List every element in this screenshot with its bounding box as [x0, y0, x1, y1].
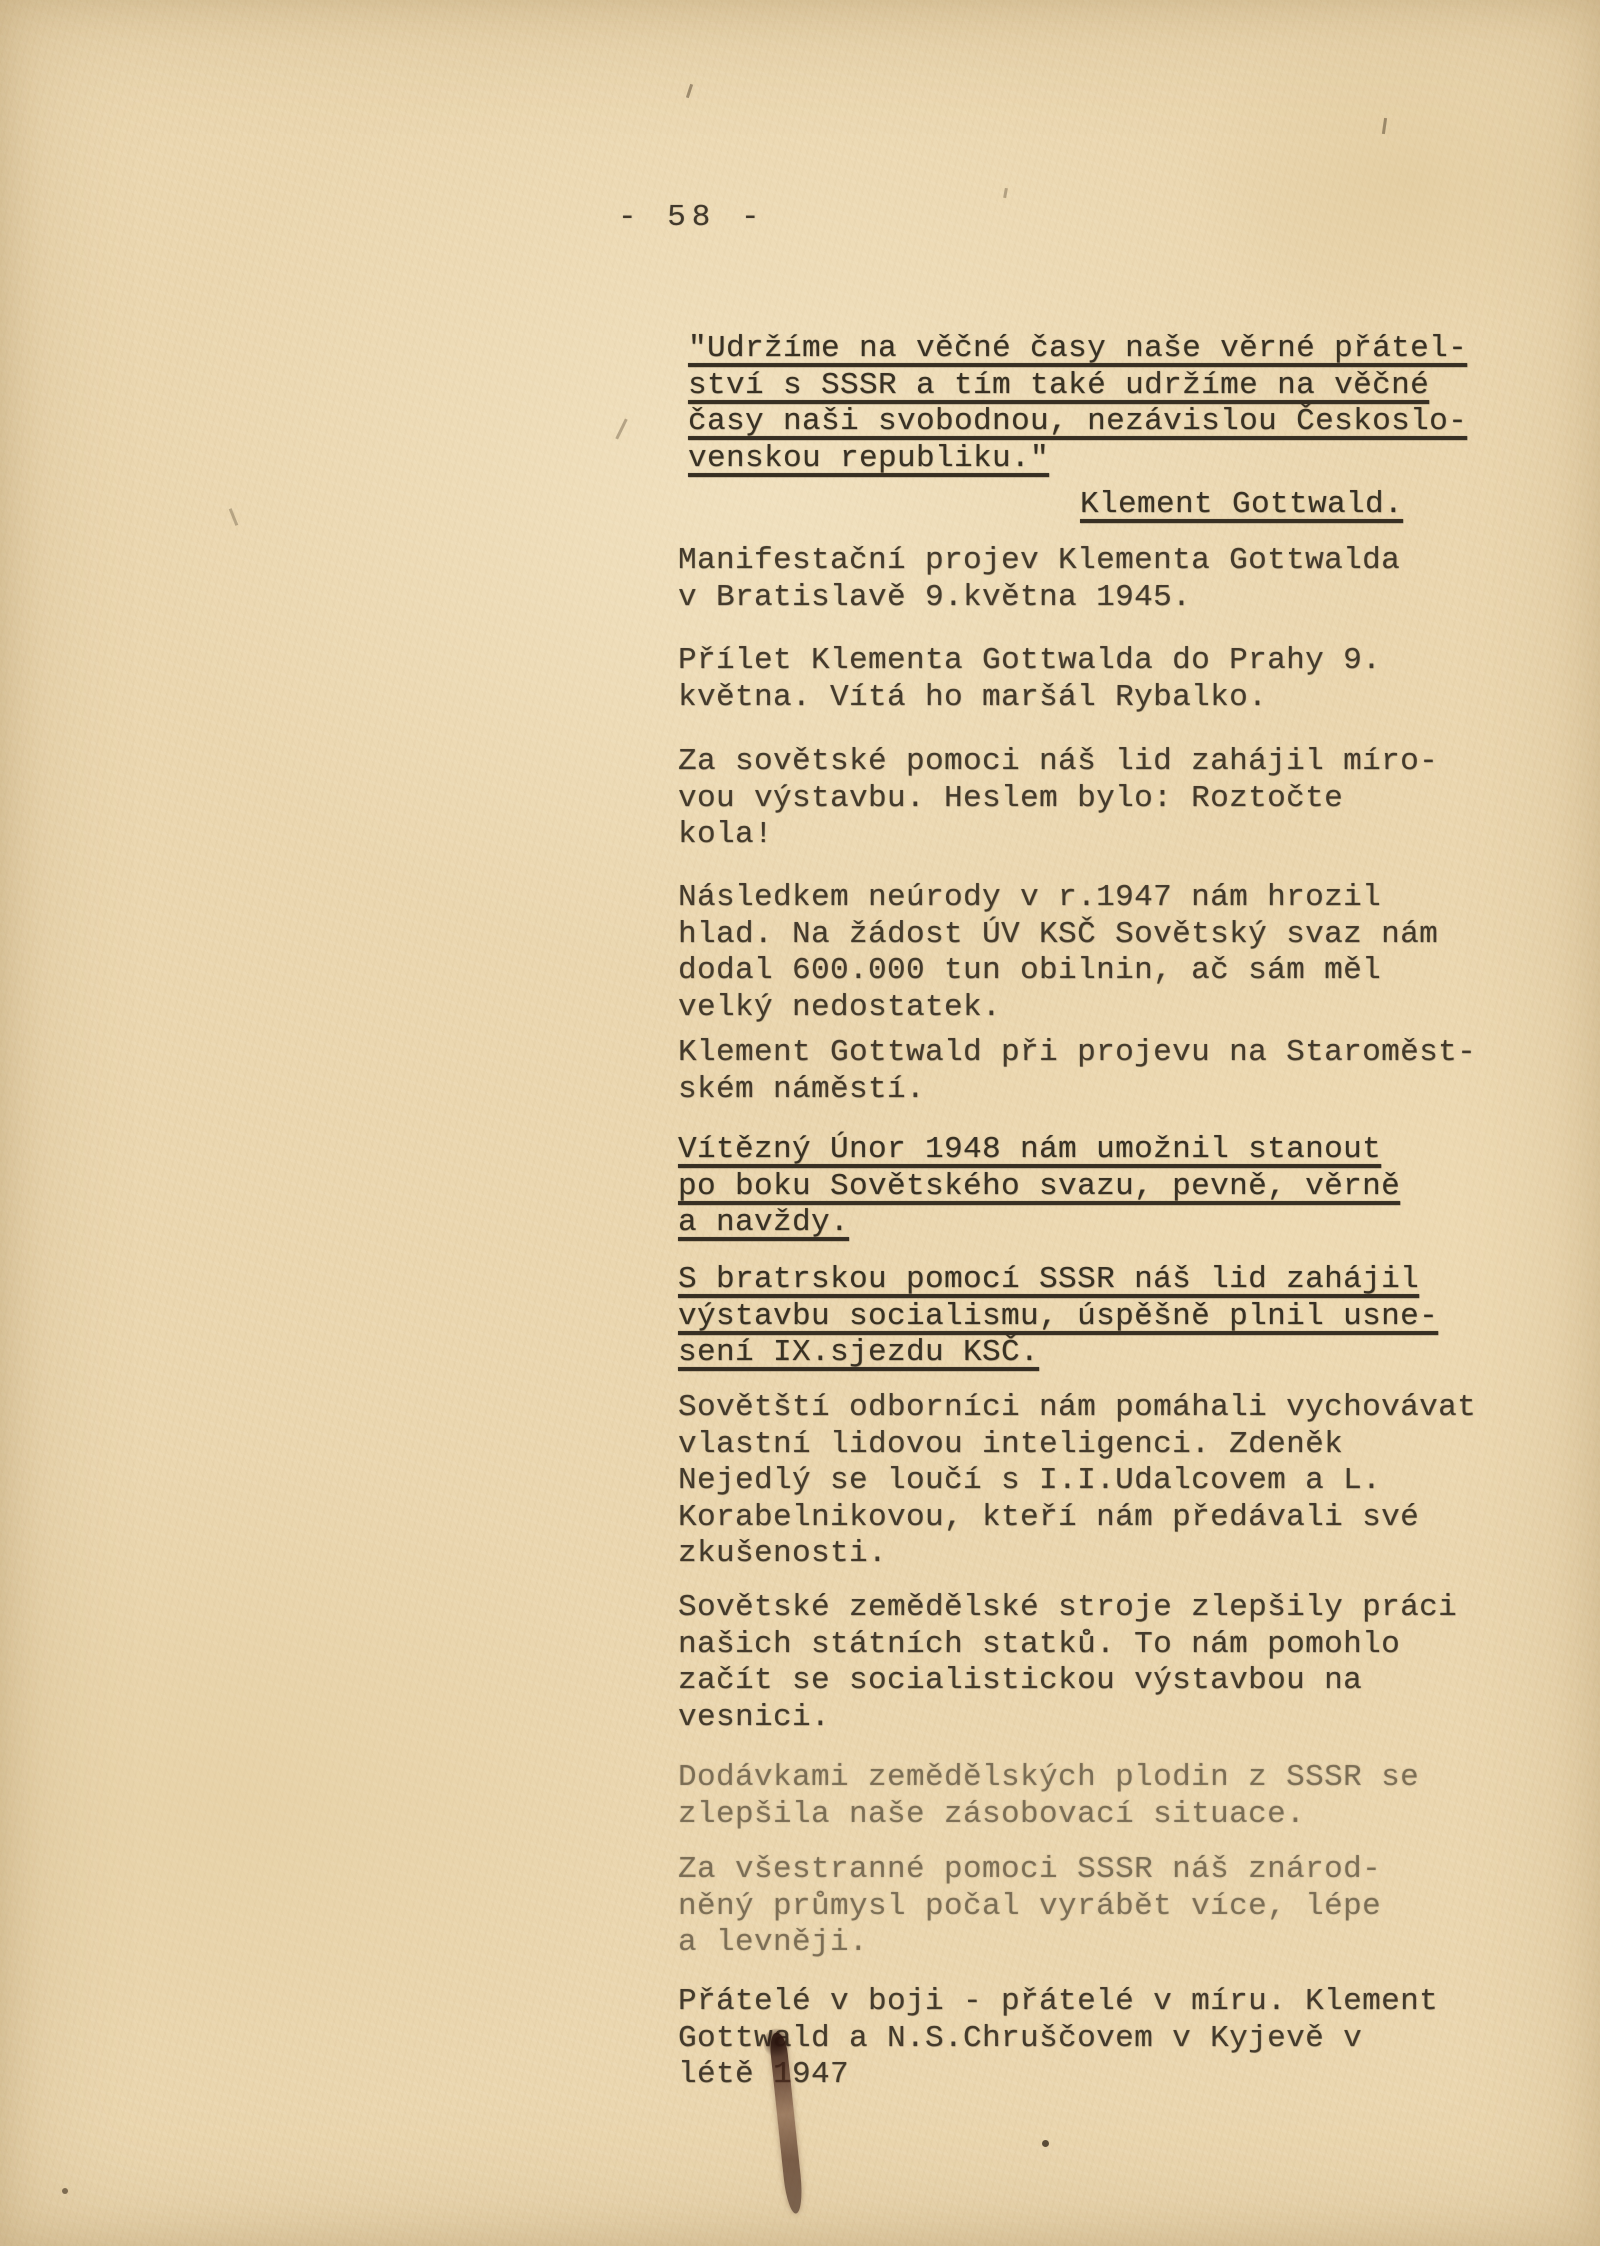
text-line-content: po boku Sovětského svazu, pevně, věrně: [678, 1169, 1400, 1204]
text-line: Za všestranné pomoci SSSR náš znárod-: [678, 1852, 1381, 1889]
paragraph-slogan-bratrska-pomoc: S bratrskou pomocí SSSR náš lid zahájilv…: [678, 1262, 1438, 1372]
text-line-content: a levněji.: [678, 1925, 868, 1960]
text-line-content: Korabelnikovou, kteří nám předávali své: [678, 1500, 1419, 1535]
text-line: S bratrskou pomocí SSSR náš lid zahájil: [678, 1262, 1438, 1299]
text-line: Přátelé v boji - přátelé v míru. Klement: [678, 1984, 1438, 2021]
paragraph-caption-vystavba: Za sovětské pomoci náš lid zahájil míro-…: [678, 744, 1438, 854]
text-line-content: zkušenosti.: [678, 1536, 887, 1571]
paragraph-caption-manifestacni: Manifestační projev Klementa Gottwaldav …: [678, 543, 1400, 616]
text-line-content: začít se socialistickou výstavbou na: [678, 1663, 1362, 1698]
paper-speck: [62, 2188, 68, 2194]
text-line: létě 1947: [678, 2057, 1438, 2094]
text-line: výstavbu socialismu, úspěšně plnil usne-: [678, 1299, 1438, 1336]
paper-speck: [615, 418, 627, 439]
paragraph-quote: "Udržíme na věčné časy naše věrné přátel…: [688, 331, 1467, 477]
text-line-content: dodal 600.000 tun obilnin, ač sám měl: [678, 953, 1381, 988]
paragraph-caption-projev: Klement Gottwald při projevu na Staroměs…: [678, 1035, 1476, 1108]
text-line-content: ství s SSSR a tím také udržíme na věčné: [688, 368, 1429, 403]
text-line: velký nedostatek.: [678, 990, 1438, 1027]
text-line: vesnici.: [678, 1700, 1457, 1737]
text-line-content: sení IX.sjezdu KSČ.: [678, 1335, 1039, 1370]
text-line: Klement Gottwald při projevu na Staroměs…: [678, 1035, 1476, 1072]
paper-speck: [686, 84, 693, 98]
text-line-content: Sovětští odborníci nám pomáhali vychováv…: [678, 1390, 1476, 1425]
text-line: Za sovětské pomoci náš lid zahájil míro-: [678, 744, 1438, 781]
text-line: Korabelnikovou, kteří nám předávali své: [678, 1500, 1476, 1537]
text-line-content: Sovětské zemědělské stroje zlepšily prác…: [678, 1590, 1457, 1625]
text-line: Nejedlý se loučí s I.I.Udalcovem a L.: [678, 1463, 1476, 1500]
text-line-content: vesnici.: [678, 1700, 830, 1735]
paper-speck: [1382, 118, 1387, 134]
paper-speck: [1042, 2140, 1049, 2147]
text-line: začít se socialistickou výstavbou na: [678, 1663, 1457, 1700]
text-line: Manifestační projev Klementa Gottwalda: [678, 543, 1400, 580]
text-line-content: výstavbu socialismu, úspěšně plnil usne-: [678, 1299, 1438, 1334]
typewritten-page: - 58 - "Udržíme na věčné časy naše věrné…: [0, 0, 1600, 2246]
text-line-content: Vítězný Únor 1948 nám umožnil stanout: [678, 1132, 1381, 1167]
text-line-content: hlad. Na žádost ÚV KSČ Sovětský svaz nám: [678, 917, 1438, 952]
text-line-content: Dodávkami zemědělských plodin z SSSR se: [678, 1760, 1419, 1795]
text-line: Dodávkami zemědělských plodin z SSSR se: [678, 1760, 1419, 1797]
text-line: zlepšila naše zásobovací situace.: [678, 1797, 1419, 1834]
text-line-content: kola!: [678, 817, 773, 852]
text-line: v Bratislavě 9.května 1945.: [678, 580, 1400, 617]
paper-speck: [229, 508, 239, 526]
text-line-content: Následkem neúrody v r.1947 nám hrozil: [678, 880, 1381, 915]
text-line: časy naši svobodnou, nezávislou Českoslo…: [688, 404, 1467, 441]
text-line: května. Vítá ho maršál Rybalko.: [678, 680, 1381, 717]
text-line-content: ském náměstí.: [678, 1072, 925, 1107]
text-line-content: Klement Gottwald.: [1080, 487, 1403, 522]
paragraph-caption-prumysl: Za všestranné pomoci SSSR náš znárod-něn…: [678, 1852, 1381, 1962]
text-line: a levněji.: [678, 1925, 1381, 1962]
paragraph-caption-dodavky: Dodávkami zemědělských plodin z SSSR sez…: [678, 1760, 1419, 1833]
text-line-content: vou výstavbu. Heslem bylo: Roztočte: [678, 781, 1343, 816]
text-line-content: našich státních statků. To nám pomohlo: [678, 1627, 1400, 1662]
text-line: dodal 600.000 tun obilnin, ač sám měl: [678, 953, 1438, 990]
paragraph-caption-prilet: Přílet Klementa Gottwalda do Prahy 9.kvě…: [678, 643, 1381, 716]
text-line: Sovětské zemědělské stroje zlepšily prác…: [678, 1590, 1457, 1627]
text-line: ství s SSSR a tím také udržíme na věčné: [688, 368, 1467, 405]
text-line-content: Manifestační projev Klementa Gottwalda: [678, 543, 1400, 578]
text-line-content: vlastní lidovou inteligenci. Zdeněk: [678, 1427, 1343, 1462]
text-line-content: května. Vítá ho maršál Rybalko.: [678, 680, 1267, 715]
text-line: kola!: [678, 817, 1438, 854]
text-line: Klement Gottwald.: [1080, 487, 1403, 524]
text-line: něný průmysl počal vyrábět více, lépe: [678, 1889, 1381, 1926]
text-line-content: v Bratislavě 9.května 1945.: [678, 580, 1191, 615]
text-line-content: Za všestranné pomoci SSSR náš znárod-: [678, 1852, 1381, 1887]
paragraph-caption-neuroda: Následkem neúrody v r.1947 nám hrozilhla…: [678, 880, 1438, 1026]
text-line-content: Přátelé v boji - přátelé v míru. Klement: [678, 1984, 1438, 2019]
text-line: vou výstavbu. Heslem bylo: Roztočte: [678, 781, 1438, 818]
page-number: - 58 -: [618, 200, 766, 235]
text-line-content: Přílet Klementa Gottwalda do Prahy 9.: [678, 643, 1381, 678]
text-line: po boku Sovětského svazu, pevně, věrně: [678, 1169, 1400, 1206]
text-line: vlastní lidovou inteligenci. Zdeněk: [678, 1427, 1476, 1464]
text-line-content: a navždy.: [678, 1205, 849, 1240]
text-line: venskou republiku.": [688, 441, 1467, 478]
text-line-content: něný průmysl počal vyrábět více, lépe: [678, 1889, 1381, 1924]
text-line-content: časy naši svobodnou, nezávislou Českoslo…: [688, 404, 1467, 439]
text-line-content: velký nedostatek.: [678, 990, 1001, 1025]
text-line: zkušenosti.: [678, 1536, 1476, 1573]
paragraph-signature: Klement Gottwald.: [1080, 487, 1403, 524]
paragraph-slogan-unor: Vítězný Únor 1948 nám umožnil stanoutpo …: [678, 1132, 1400, 1242]
text-line: Následkem neúrody v r.1947 nám hrozil: [678, 880, 1438, 917]
paragraph-caption-odbornici: Sovětští odborníci nám pomáhali vychováv…: [678, 1390, 1476, 1573]
text-line-content: Klement Gottwald při projevu na Staroměs…: [678, 1035, 1476, 1070]
text-line: hlad. Na žádost ÚV KSČ Sovětský svaz nám: [678, 917, 1438, 954]
text-line-content: zlepšila naše zásobovací situace.: [678, 1797, 1305, 1832]
paper-speck: [1003, 188, 1008, 198]
text-line: Vítězný Únor 1948 nám umožnil stanout: [678, 1132, 1400, 1169]
text-line: sení IX.sjezdu KSČ.: [678, 1335, 1438, 1372]
text-line: Sovětští odborníci nám pomáhali vychováv…: [678, 1390, 1476, 1427]
text-line: ském náměstí.: [678, 1072, 1476, 1109]
text-line-content: venskou republiku.": [688, 441, 1049, 476]
text-line: a navždy.: [678, 1205, 1400, 1242]
text-line-content: "Udržíme na věčné časy naše věrné přátel…: [688, 331, 1467, 366]
text-line-content: Za sovětské pomoci náš lid zahájil míro-: [678, 744, 1438, 779]
text-line: "Udržíme na věčné časy naše věrné přátel…: [688, 331, 1467, 368]
paragraph-caption-stroje: Sovětské zemědělské stroje zlepšily prác…: [678, 1590, 1457, 1736]
text-line: Přílet Klementa Gottwalda do Prahy 9.: [678, 643, 1381, 680]
text-line-content: S bratrskou pomocí SSSR náš lid zahájil: [678, 1262, 1419, 1297]
text-line: našich státních statků. To nám pomohlo: [678, 1627, 1457, 1664]
text-line-content: létě 1947: [678, 2057, 849, 2092]
paragraph-caption-pratele: Přátelé v boji - přátelé v míru. Klement…: [678, 1984, 1438, 2094]
text-line-content: Nejedlý se loučí s I.I.Udalcovem a L.: [678, 1463, 1381, 1498]
text-line: Gottwald a N.S.Chruščovem v Kyjevě v: [678, 2021, 1438, 2058]
